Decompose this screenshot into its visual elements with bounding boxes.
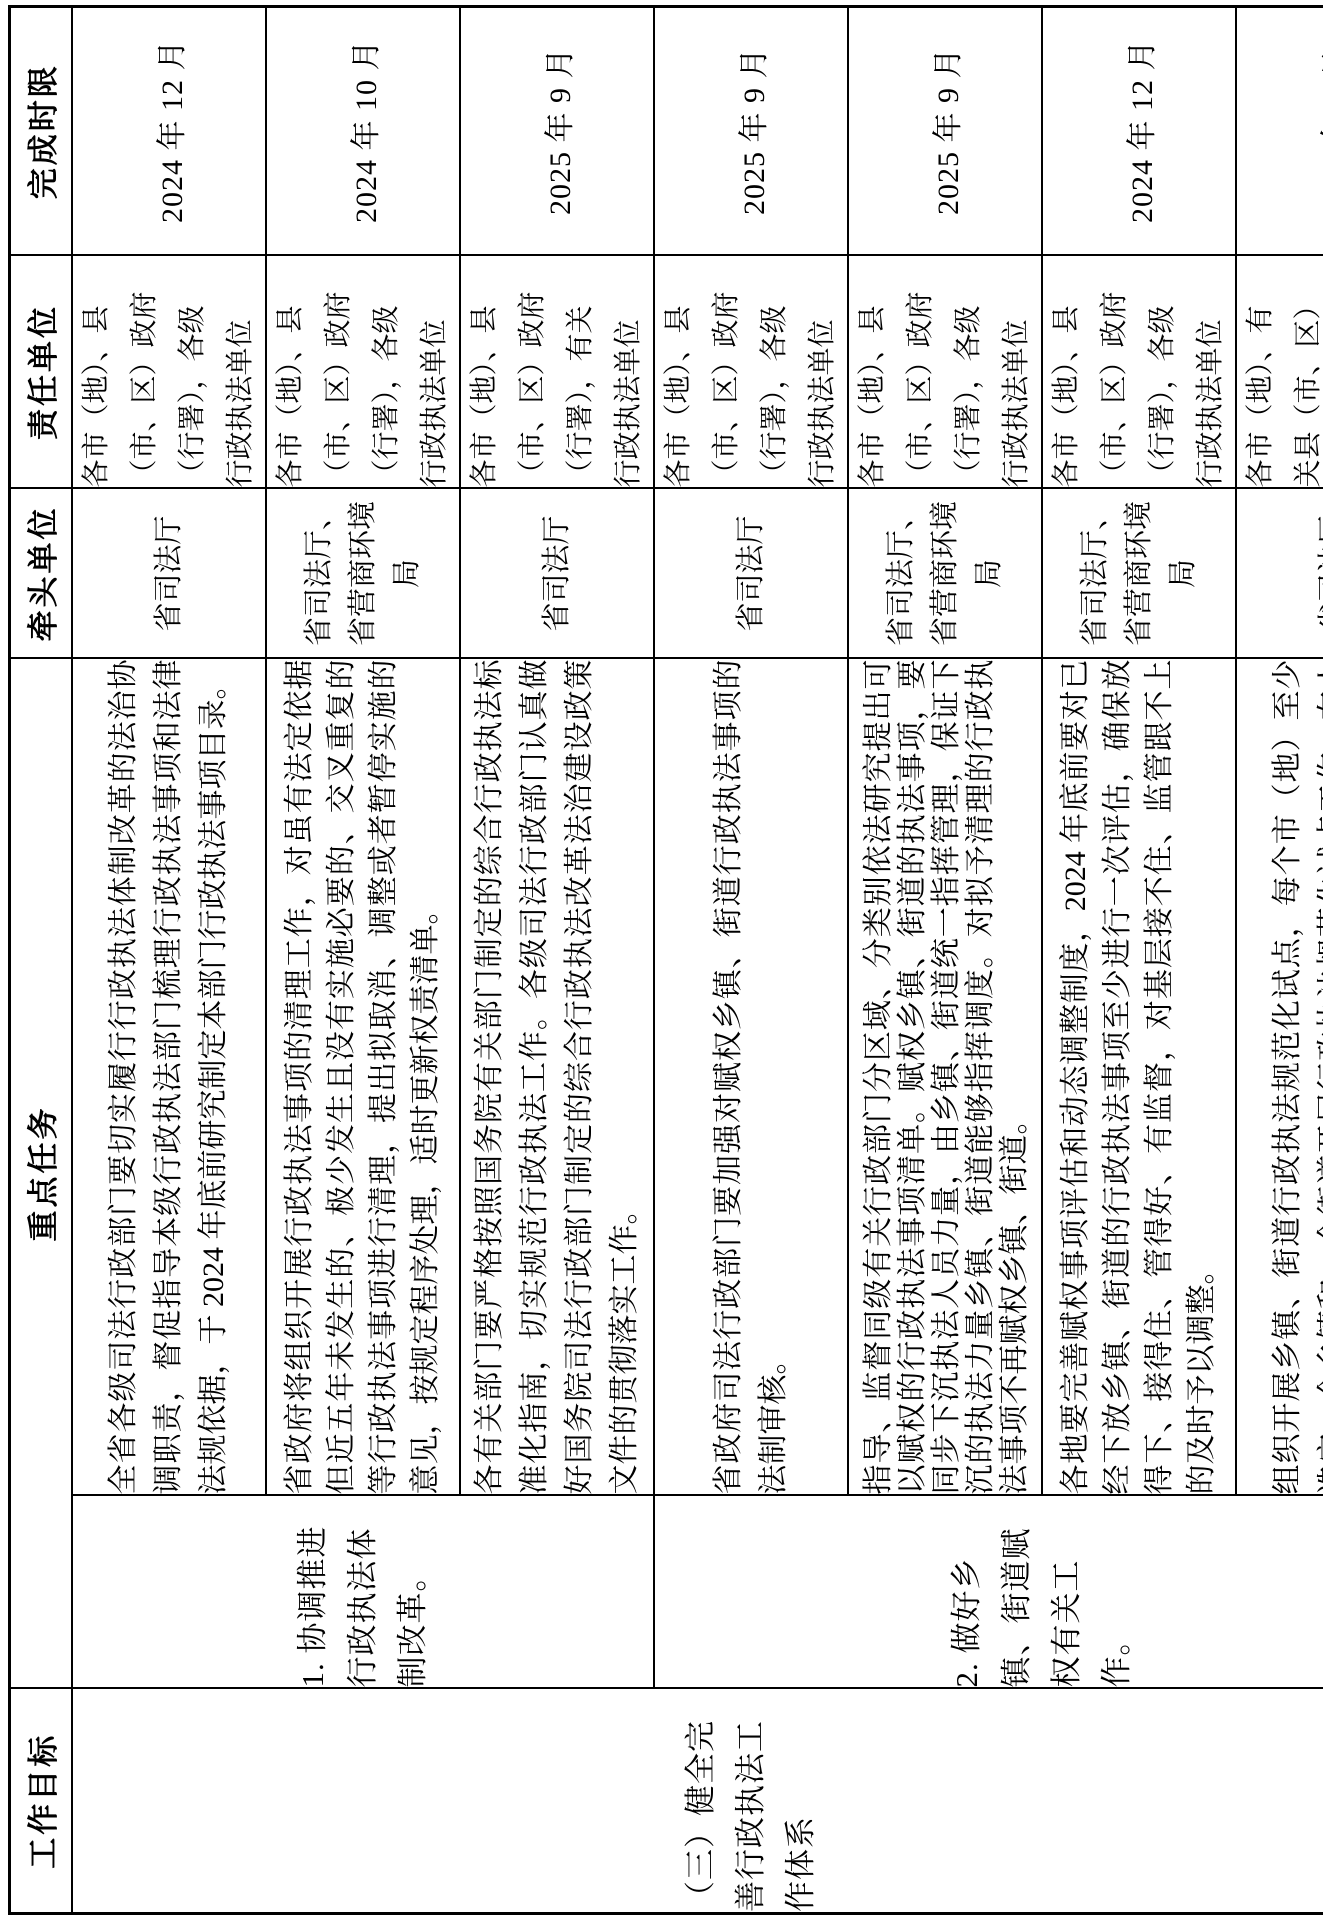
responsible-unit-cell-1: 各市（地）、县 （市、区）政府 （行署），各级 行政执法单位 (72, 256, 266, 489)
responsible-unit-cell-6: 各市（地）、县 （市、区）政府 （行署），各级 行政执法单位 (1042, 256, 1236, 489)
responsible-unit-cell-4: 各市（地）、县 （市、区）政府 （行署），各级 行政执法单位 (654, 256, 848, 489)
lead-unit-cell-3: 省司法厅 (460, 489, 654, 659)
header-task: 重点任务 (10, 659, 72, 1689)
lead-unit-cell-7: 省司法厅 (1236, 489, 1323, 659)
lead-unit-cell-4: 省司法厅 (654, 489, 848, 659)
lead-unit-cell-5: 省司法厅、 省营商环境局 (848, 489, 1042, 659)
task-group-2-label: 2. 做好乡 镇、街道赋 权有关工作。 (654, 1496, 1323, 1689)
goal-cell: （三）健全完 善行政执法工 作体系 (72, 1689, 1323, 1914)
lead-unit-cell-1: 省司法厅 (72, 489, 266, 659)
header-goal: 工作目标 (10, 1689, 72, 1914)
responsible-unit-cell-7: 各市（地）、有 关县（市、区） 政府（行署），有 关行政执法单位 (1236, 256, 1323, 489)
rotated-table-canvas: 工作目标 重点任务 牵头单位 责任单位 完成时限 （三）健全完 善行政执法工 作… (0, 0, 1323, 1922)
task-cell-6: 各地要完善赋权事项评估和动态调整制度，2024 年底前要对已经下放乡镇、街道的行… (1042, 659, 1236, 1496)
responsible-unit-cell-3: 各市（地）、县 （市、区）政府 （行署），有关 行政执法单位 (460, 256, 654, 489)
header-row: 工作目标 重点任务 牵头单位 责任单位 完成时限 (10, 7, 72, 1914)
deadline-cell-6: 2024 年 12 月 (1042, 7, 1236, 256)
deadline-cell-2: 2024 年 10 月 (266, 7, 460, 256)
deadline-cell-4: 2025 年 9 月 (654, 7, 848, 256)
deadline-cell-1: 2024 年 12 月 (72, 7, 266, 256)
task-group-1-label: 1. 协调推进 行政执法体 制改革。 (72, 1496, 654, 1689)
deadline-cell-7: 2024 年 6 月 (1236, 7, 1323, 256)
header-responsible-unit: 责任单位 (10, 256, 72, 489)
deadline-cell-5: 2025 年 9 月 (848, 7, 1042, 256)
task-cell-7: 组织开展乡镇、街道行政执法规范化试点，每个市（地）至少选定一个乡镇和一个街道开展… (1236, 659, 1323, 1496)
task-cell-5: 指导、监督同级有关行政部门分区域、分类别依法研究提出可以赋权的行政执法事项清单。… (848, 659, 1042, 1496)
task-cell-1: 全省各级司法行政部门要切实履行行政执法体制改革的法治协调职责，督促指导本级行政执… (72, 659, 266, 1496)
header-lead-unit: 牵头单位 (10, 489, 72, 659)
table-row: 2. 做好乡 镇、街道赋 权有关工作。 省政府司法行政部门要加强对赋权乡镇、街道… (654, 7, 848, 1914)
task-cell-2: 省政府将组织开展行政执法事项的清理工作，对虽有法定依据但近五年未发生的、极少发生… (266, 659, 460, 1496)
deadline-cell-3: 2025 年 9 月 (460, 7, 654, 256)
lead-unit-cell-6: 省司法厅、 省营商环境局 (1042, 489, 1236, 659)
goal-text: （三）健全完 善行政执法工 作体系 (683, 1720, 818, 1912)
document-page: 工作目标 重点任务 牵头单位 责任单位 完成时限 （三）健全完 善行政执法工 作… (0, 0, 1323, 1922)
task-cell-4: 省政府司法行政部门要加强对赋权乡镇、街道行政执法事项的法制审核。 (654, 659, 848, 1496)
table-row: （三）健全完 善行政执法工 作体系 1. 协调推进 行政执法体 制改革。 全省各… (72, 7, 266, 1914)
task-cell-3: 各有关部门要严格按照国务院有关部门制定的综合行政执法标准化指南，切实规范行政执法… (460, 659, 654, 1496)
responsible-unit-cell-2: 各市（地）、县 （市、区）政府 （行署），各级 行政执法单位 (266, 256, 460, 489)
work-plan-table: 工作目标 重点任务 牵头单位 责任单位 完成时限 （三）健全完 善行政执法工 作… (8, 5, 1323, 1915)
lead-unit-cell-2: 省司法厅、 省营商环境局 (266, 489, 460, 659)
responsible-unit-cell-5: 各市（地）、县 （市、区）政府 （行署），各级 行政执法单位 (848, 256, 1042, 489)
header-deadline: 完成时限 (10, 7, 72, 256)
